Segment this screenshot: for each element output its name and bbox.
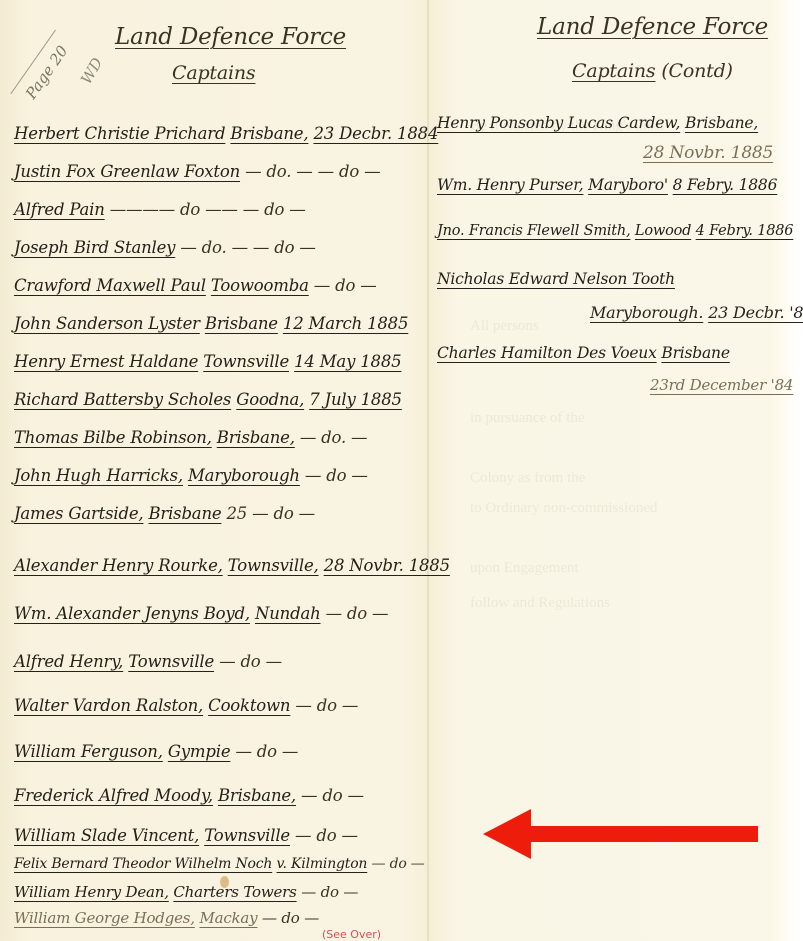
register-entry: Alfred Pain ———— do —— — do — (14, 196, 424, 224)
entry-name: Nicholas Edward Nelson Tooth (437, 270, 675, 288)
bleed-through-text: upon Engagement (470, 560, 579, 577)
register-entry: Crawford Maxwell Paul Toowoomba — do — (14, 272, 424, 300)
see-over-note: (See Over) (322, 928, 381, 941)
entry-date: 28 Novbr. 1885 (643, 143, 773, 163)
register-entry: Herbert Christie Prichard Brisbane, 23 D… (14, 120, 424, 148)
left-subtitle: Captains (172, 62, 255, 84)
entry-place: Maryborough. (590, 303, 703, 322)
entry-date: — do — (314, 276, 377, 295)
entry-date: — do — (219, 652, 282, 671)
entry-name: Felix Bernard Theodor Wilhelm Noch (14, 856, 272, 872)
entry-date: 7 July 1885 (309, 390, 402, 409)
entry-name: Henry Ernest Haldane (14, 352, 198, 371)
entry-place: Charters Towers (173, 883, 296, 901)
entry-place: Townsville, (228, 556, 319, 575)
entry-name: John Sanderson Lyster (14, 314, 200, 333)
entry-date: — do — (235, 742, 298, 761)
entry-date: — do — (372, 856, 425, 872)
entry-name: Thomas Bilbe Robinson, (14, 428, 212, 447)
entry-date: 12 March 1885 (283, 314, 408, 333)
register-entry: Joseph Bird Stanley — do. — — do — (14, 234, 424, 262)
register-entry: Charles Hamilton Des Voeux Brisbane (437, 340, 730, 366)
entry-place: Goodna, (236, 390, 304, 409)
entry-date: — do — (262, 909, 319, 927)
clerk-initials: WD (77, 55, 106, 88)
register-entry: William Henry Dean, Charters Towers — do… (14, 878, 424, 906)
entry-date: — do — (318, 162, 381, 181)
entry-place: Townsville (204, 826, 290, 845)
entry-name: Alfred Pain (14, 200, 105, 219)
entry-date: 23rd December '84 (650, 376, 793, 394)
register-entry: Wm. Henry Purser, Maryboro' 8 Febry. 188… (437, 172, 777, 198)
entry-place: Brisbane (148, 504, 221, 523)
entry-name: Justin Fox Greenlaw Foxton (14, 162, 240, 181)
register-entry: Henry Ponsonby Lucas Cardew, Brisbane, (437, 110, 758, 136)
entry-place: Brisbane (205, 314, 278, 333)
register-entry: Wm. Alexander Jenyns Boyd, Nundah — do — (14, 600, 424, 628)
entry-name: Charles Hamilton Des Voeux (437, 344, 657, 362)
entry-place: Townsville (128, 652, 214, 671)
bleed-through-text: to Ordinary non-commissioned (470, 500, 657, 517)
left-subtitle-text: Captains (172, 62, 255, 84)
entry-name: Herbert Christie Prichard (14, 124, 225, 143)
entry-date: — do — (253, 238, 316, 257)
entry-name: John Hugh Harricks, (14, 466, 183, 485)
right-subtitle: Captains (Contd) (572, 60, 733, 82)
register-entry: Richard Battersby Scholes Goodna, 7 July… (14, 386, 424, 414)
page-number-note: Page 20 (22, 42, 72, 102)
entry-date: — do — (305, 466, 368, 485)
entry-date: — do — (326, 604, 389, 623)
register-entry-highlighted: William Slade Vincent, Townsville — do — (14, 822, 424, 850)
entry-date: 14 May 1885 (294, 352, 401, 371)
entry-place: Brisbane (661, 344, 729, 362)
register-entry: Walter Vardon Ralston, Cooktown — do — (14, 692, 424, 720)
entry-date: — do — (295, 826, 358, 845)
register-entry: Justin Fox Greenlaw Foxton — do. — — do … (14, 158, 424, 186)
entry-place: Brisbane, (217, 428, 295, 447)
entry-place: ———— do —— (110, 200, 238, 219)
entry-place: Brisbane, (230, 124, 308, 143)
entry-name: William Slade Vincent, (14, 826, 199, 845)
register-entry: Alfred Henry, Townsville — do — (14, 648, 424, 676)
register-entry: Henry Ernest Haldane Townsville 14 May 1… (14, 348, 424, 376)
entry-place: — do. — (245, 162, 313, 181)
entry-name: Alexander Henry Rourke, (14, 556, 223, 575)
entry-place: Brisbane, (218, 786, 296, 805)
entry-name: Walter Vardon Ralston, (14, 696, 203, 715)
right-title: Land Defence Force (537, 14, 768, 40)
entry-date: 8 Febry. 1886 (673, 176, 778, 194)
bleed-through-text: follow and Regulations (470, 595, 610, 612)
entry-name: Frederick Alfred Moody, (14, 786, 213, 805)
entry-place: Maryboro' (588, 176, 668, 194)
register-entry: William Ferguson, Gympie — do — (14, 738, 424, 766)
right-subtitle-text: Captains (572, 60, 655, 82)
entry-place: Cooktown (208, 696, 290, 715)
bleed-through-text: Colony as from the (470, 470, 585, 487)
entry-place: Maryborough (188, 466, 300, 485)
page-edge (789, 0, 803, 941)
register-entry: Felix Bernard Theodor Wilhelm Noch v. Ki… (14, 850, 424, 878)
register-entry: Jno. Francis Flewell Smith, Lowood 4 Feb… (437, 218, 793, 244)
entry-date: — do — (301, 883, 358, 901)
entry-name: Alfred Henry, (14, 652, 123, 671)
entry-date: 25 — do — (226, 504, 314, 523)
entry-place: Mackay (199, 909, 257, 927)
entry-name: Wm. Alexander Jenyns Boyd, (14, 604, 250, 623)
entry-date-line: 23rd December '84 (650, 372, 793, 398)
entry-name: Joseph Bird Stanley (14, 238, 175, 257)
entry-place: v. Kilmington (276, 856, 367, 872)
entry-place: Lowood (635, 223, 691, 239)
entry-name: James Gartside, (14, 504, 143, 523)
entry-date: 4 Febry. 1886 (696, 223, 794, 239)
entry-place: Nundah (255, 604, 321, 623)
entry-date: — do — (243, 200, 306, 219)
entry-name: William George Hodges, (14, 909, 195, 927)
entry-place-date-line: Maryborough. 23 Decbr. '84 (590, 300, 803, 326)
entry-name: Wm. Henry Purser, (437, 176, 583, 194)
entry-date: — do — (301, 786, 364, 805)
red-arrow-annotation-icon (483, 808, 758, 860)
register-entry: Frederick Alfred Moody, Brisbane, — do — (14, 782, 424, 810)
entry-name: Richard Battersby Scholes (14, 390, 231, 409)
right-subtitle-contd: (Contd) (661, 60, 732, 82)
entry-date: 23 Decbr. 1884 (313, 124, 438, 143)
entry-place: Brisbane, (685, 114, 758, 132)
left-title: Land Defence Force (115, 24, 346, 50)
register-entry: John Sanderson Lyster Brisbane 12 March … (14, 310, 424, 338)
register-entry: James Gartside, Brisbane 25 — do — (14, 500, 424, 528)
entry-name: William Henry Dean, (14, 883, 169, 901)
entry-date-line: 28 Novbr. 1885 (643, 140, 773, 166)
entry-date: 28 Novbr. 1885 (324, 556, 450, 575)
register-entry: Thomas Bilbe Robinson, Brisbane, — do. — (14, 424, 424, 452)
entry-place: Gympie (168, 742, 231, 761)
bleed-through-text: in pursuance of the (470, 410, 585, 427)
entry-name: Crawford Maxwell Paul (14, 276, 206, 295)
entry-date: — do — (295, 696, 358, 715)
register-entry: Alexander Henry Rourke, Townsville, 28 N… (14, 552, 424, 580)
register-entry: John Hugh Harricks, Maryborough — do — (14, 462, 424, 490)
bleed-through-text: All persons (470, 318, 539, 335)
entry-date: — do. — (300, 428, 368, 447)
entry-name: Jno. Francis Flewell Smith, (437, 223, 630, 239)
entry-name: William Ferguson, (14, 742, 163, 761)
entry-date: 23 Decbr. '84 (708, 303, 803, 322)
scanned-register-page: Be it enacted by the King's most All per… (0, 0, 803, 941)
register-entry: Nicholas Edward Nelson Tooth (437, 266, 675, 292)
entry-place: Townsville (203, 352, 289, 371)
entry-place: — do. — (180, 238, 248, 257)
entry-name: Henry Ponsonby Lucas Cardew, (437, 114, 680, 132)
entry-place: Toowoomba (211, 276, 309, 295)
